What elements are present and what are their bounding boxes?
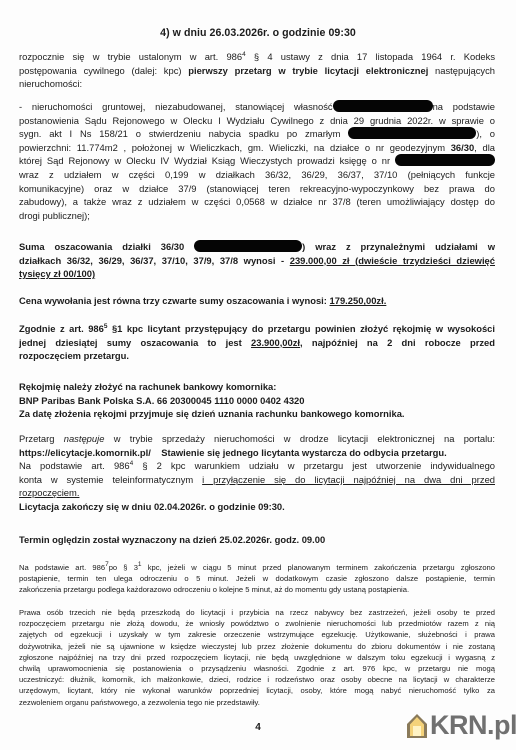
starting-price: Cena wywołania jest równa trzy czwarte s… <box>19 294 495 308</box>
redacted-valuation-detail <box>194 240 302 252</box>
section-heading: 4) w dniu 26.03.2026r. o godzinie 09:30 <box>0 27 516 39</box>
krn-watermark-logo: KRN.pl <box>406 710 516 741</box>
house-icon <box>406 713 428 739</box>
document-page: 4) w dniu 26.03.2026r. o godzinie 09:30 … <box>0 0 516 750</box>
bank-account-number: BNP Paribas Bank Polska S.A. 66 20300045… <box>19 394 495 408</box>
redacted-land-register-number <box>395 154 495 166</box>
inspection-date: Termin oględzin został wyznaczony na dzi… <box>19 533 495 547</box>
starting-price-value: 179.250,00zł. <box>330 295 387 306</box>
intro-paragraph: rozpocznie się w trybie ustalonym w art.… <box>19 50 495 91</box>
extension-rules: Na podstawie art. 9867po § 31 kpc, jeżel… <box>19 562 495 596</box>
deposit-amount: 23.900,00zł <box>251 337 300 348</box>
watermark-text: KRN.pl <box>430 710 516 741</box>
auction-portal-link[interactable]: https://elicytacje.komornik.pl/ <box>19 447 151 458</box>
auction-end-date: Licytacja zakończy się w dniu 02.04.2026… <box>19 500 495 514</box>
bank-account-info: Rękojmię należy złożyć na rachunek banko… <box>19 380 495 421</box>
property-description: - nieruchomości gruntowej, niezabudowane… <box>19 100 495 222</box>
valuation-amount: 239.000,00 zł (dwieście trzydzieści dzie… <box>290 255 495 266</box>
valuation-paragraph: Suma oszacowania działki 36/30 ) wraz z … <box>19 240 495 281</box>
redacted-owner <box>333 100 433 112</box>
auction-info: Przetarg następuje w trybie sprzedaży ni… <box>19 432 495 514</box>
redacted-deceased <box>348 127 476 139</box>
third-party-rights: Prawa osób trzecich nie będą przeszkodą … <box>19 607 495 708</box>
deposit-paragraph: Zgodnie z art. 9865 §1 kpc licytant przy… <box>19 322 495 363</box>
